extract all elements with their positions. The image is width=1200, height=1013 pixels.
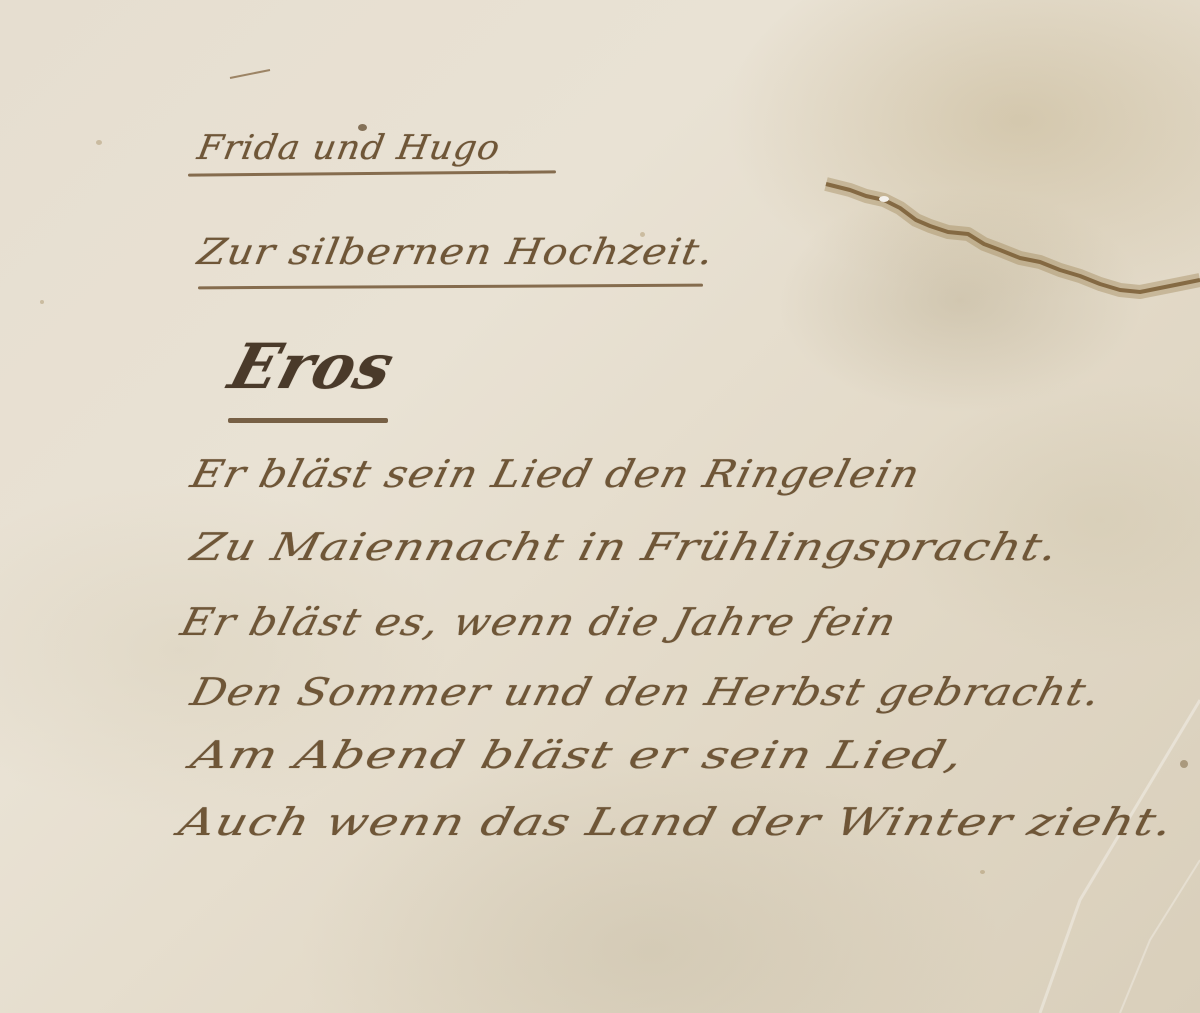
poem-line: Am Abend bläst er sein Lied,	[187, 733, 969, 777]
poem-line: Zu Maiennacht in Frühlingspracht.	[187, 525, 1064, 569]
dedication-names: Frida und Hugo	[194, 128, 503, 168]
dedication-occasion: Zur silbernen Hochzeit.	[194, 232, 717, 273]
manuscript-page: Frida und Hugo Zur silbernen Hochzeit. E…	[0, 0, 1200, 1013]
poem-line: Er bläst es, wenn die Jahre fein	[177, 600, 902, 644]
poem-title: Eros	[222, 330, 403, 403]
poem-line: Auch wenn das Land der Winter zieht.	[175, 800, 1179, 844]
paper-tear	[0, 0, 1200, 1013]
poem-line: Den Sommer und den Herbst gebracht.	[187, 670, 1107, 714]
poem-line: Er bläst sein Lied den Ringelein	[187, 452, 926, 496]
poem-title-underline	[228, 418, 388, 423]
